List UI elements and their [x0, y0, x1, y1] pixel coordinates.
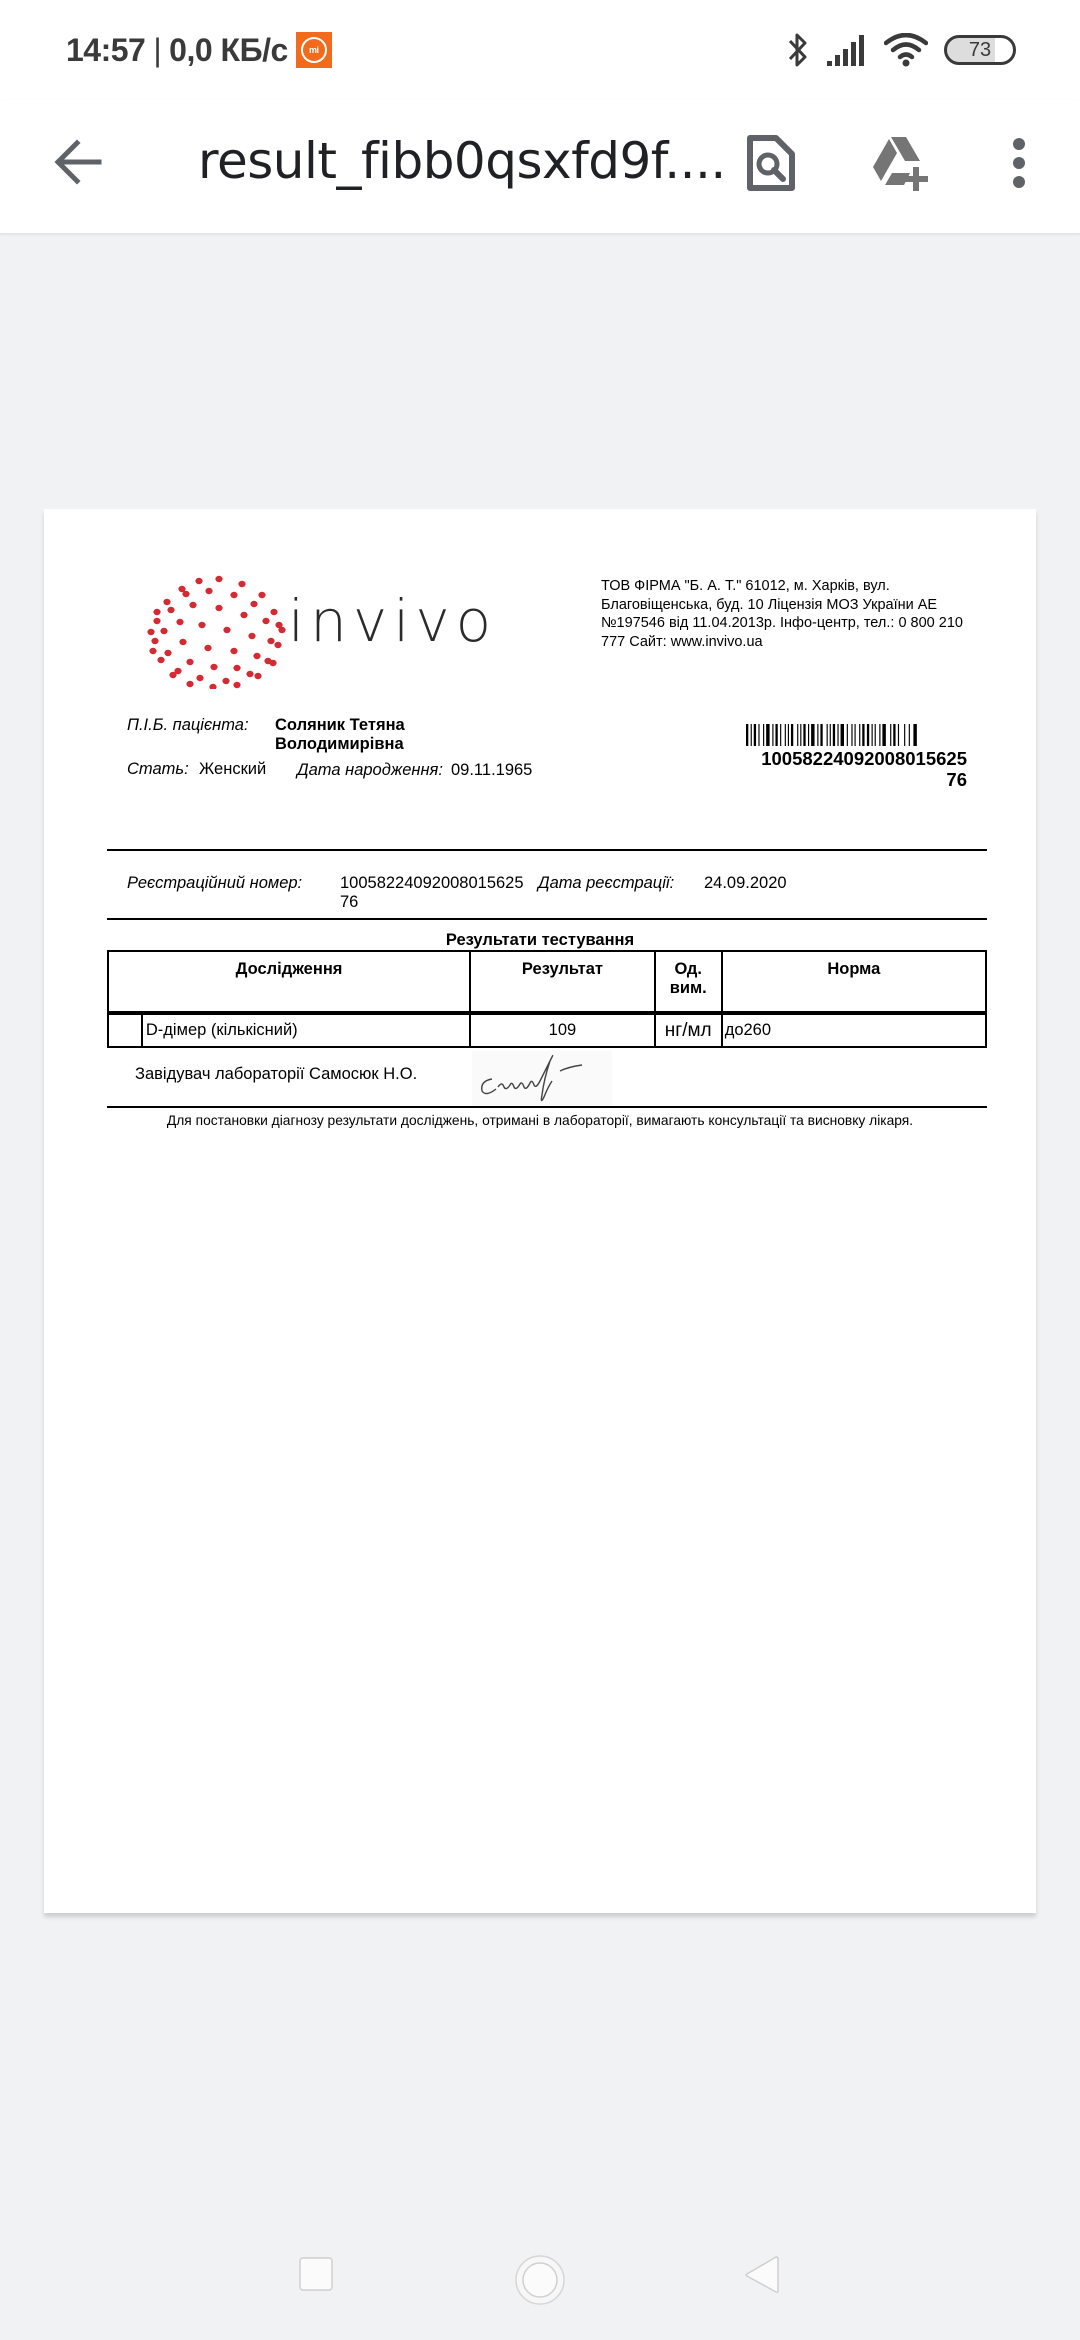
mi-notification-icon: mi [296, 32, 332, 68]
test-result: 109 [470, 1013, 655, 1047]
pdf-viewer[interactable]: invivo ТОВ ФІРМА "Б. А. Т." 61012, м. Ха… [0, 234, 1080, 2340]
home-icon [514, 2254, 566, 2306]
status-bar: 14:57 | 0,0 КБ/с mi 73 [0, 0, 1080, 100]
wifi-icon [884, 33, 928, 67]
sex-value: Женский [199, 760, 266, 779]
test-name: D-дімер (кількісний) [142, 1013, 470, 1047]
registration-date: 24.09.2020 [704, 874, 787, 893]
signature-image [472, 1051, 612, 1107]
status-separator: | [153, 32, 161, 69]
column-header: Результат [470, 951, 655, 1013]
divider [107, 918, 987, 920]
registration-number-label: Реєстраційний номер: [127, 874, 302, 893]
bluetooth-icon [786, 31, 810, 69]
doc-search-icon [746, 134, 796, 192]
signal-icon [826, 33, 868, 67]
back-button[interactable] [46, 130, 110, 194]
test-norm: до260 [722, 1013, 986, 1047]
column-header: Норма [722, 951, 986, 1013]
battery-level: 73 [969, 39, 991, 62]
logo-text: invivo [288, 587, 497, 655]
more-options-button[interactable] [984, 128, 1054, 198]
patient-name: Соляник Тетяна Володимирівна [275, 716, 405, 754]
head-of-lab: Завідувач лабораторії Самосюк Н.О. [135, 1065, 417, 1084]
dob-value: 09.11.1965 [451, 761, 532, 780]
app-bar: result_fibb0qsxfd9f.... [0, 100, 1080, 234]
back-triangle-icon [744, 2255, 780, 2295]
back-nav-button[interactable] [742, 2254, 782, 2296]
status-right: 73 [786, 30, 1016, 70]
document-page: invivo ТОВ ФІРМА "Б. А. Т." 61012, м. Ха… [44, 509, 1036, 1913]
barcode-icon [746, 724, 967, 746]
column-header: Дослідження [108, 951, 470, 1013]
document-title: result_fibb0qsxfd9f.... [198, 132, 726, 190]
column-header: Од.вим. [655, 951, 722, 1013]
barcode-number: 10058224092008015625 76 [761, 748, 967, 790]
disclaimer: Для постановки діагнозу результати дослі… [44, 1113, 1036, 1128]
find-in-document-button[interactable] [736, 128, 806, 198]
home-button[interactable] [514, 2254, 566, 2306]
divider [107, 849, 987, 851]
results-header-row: Дослідження Результат Од.вим. Норма [108, 951, 986, 1013]
more-vert-icon [1009, 137, 1029, 189]
registration-number: 1005822409200801562576 [340, 874, 530, 912]
company-info: ТОВ ФІРМА "Б. А. Т." 61012, м. Харків, в… [601, 577, 981, 651]
row-marker-cell [108, 1013, 142, 1047]
drive-add-icon [872, 135, 934, 191]
arrow-left-icon [53, 137, 103, 187]
divider [107, 1106, 987, 1108]
add-to-drive-button[interactable] [868, 128, 938, 198]
recents-button[interactable] [296, 2254, 336, 2294]
clock: 14:57 [66, 32, 145, 69]
battery-icon: 73 [944, 35, 1016, 65]
network-speed: 0,0 КБ/с [169, 32, 288, 69]
table-row: D-дімер (кількісний) 109 нг/мл до260 [108, 1013, 986, 1047]
results-title: Результати тестування [44, 931, 1036, 950]
dob-label: Дата народження: [297, 761, 443, 780]
test-unit: нг/мл [655, 1013, 722, 1047]
sex-label: Стать: [127, 760, 189, 779]
results-table: Дослідження Результат Од.вим. Норма D-ді… [107, 950, 987, 1048]
recents-icon [298, 2256, 334, 2292]
registration-date-label: Дата реєстрації: [538, 874, 674, 893]
status-left: 14:57 | 0,0 КБ/с mi [66, 28, 332, 72]
patient-name-label: П.І.Б. пацієнта: [127, 716, 249, 735]
